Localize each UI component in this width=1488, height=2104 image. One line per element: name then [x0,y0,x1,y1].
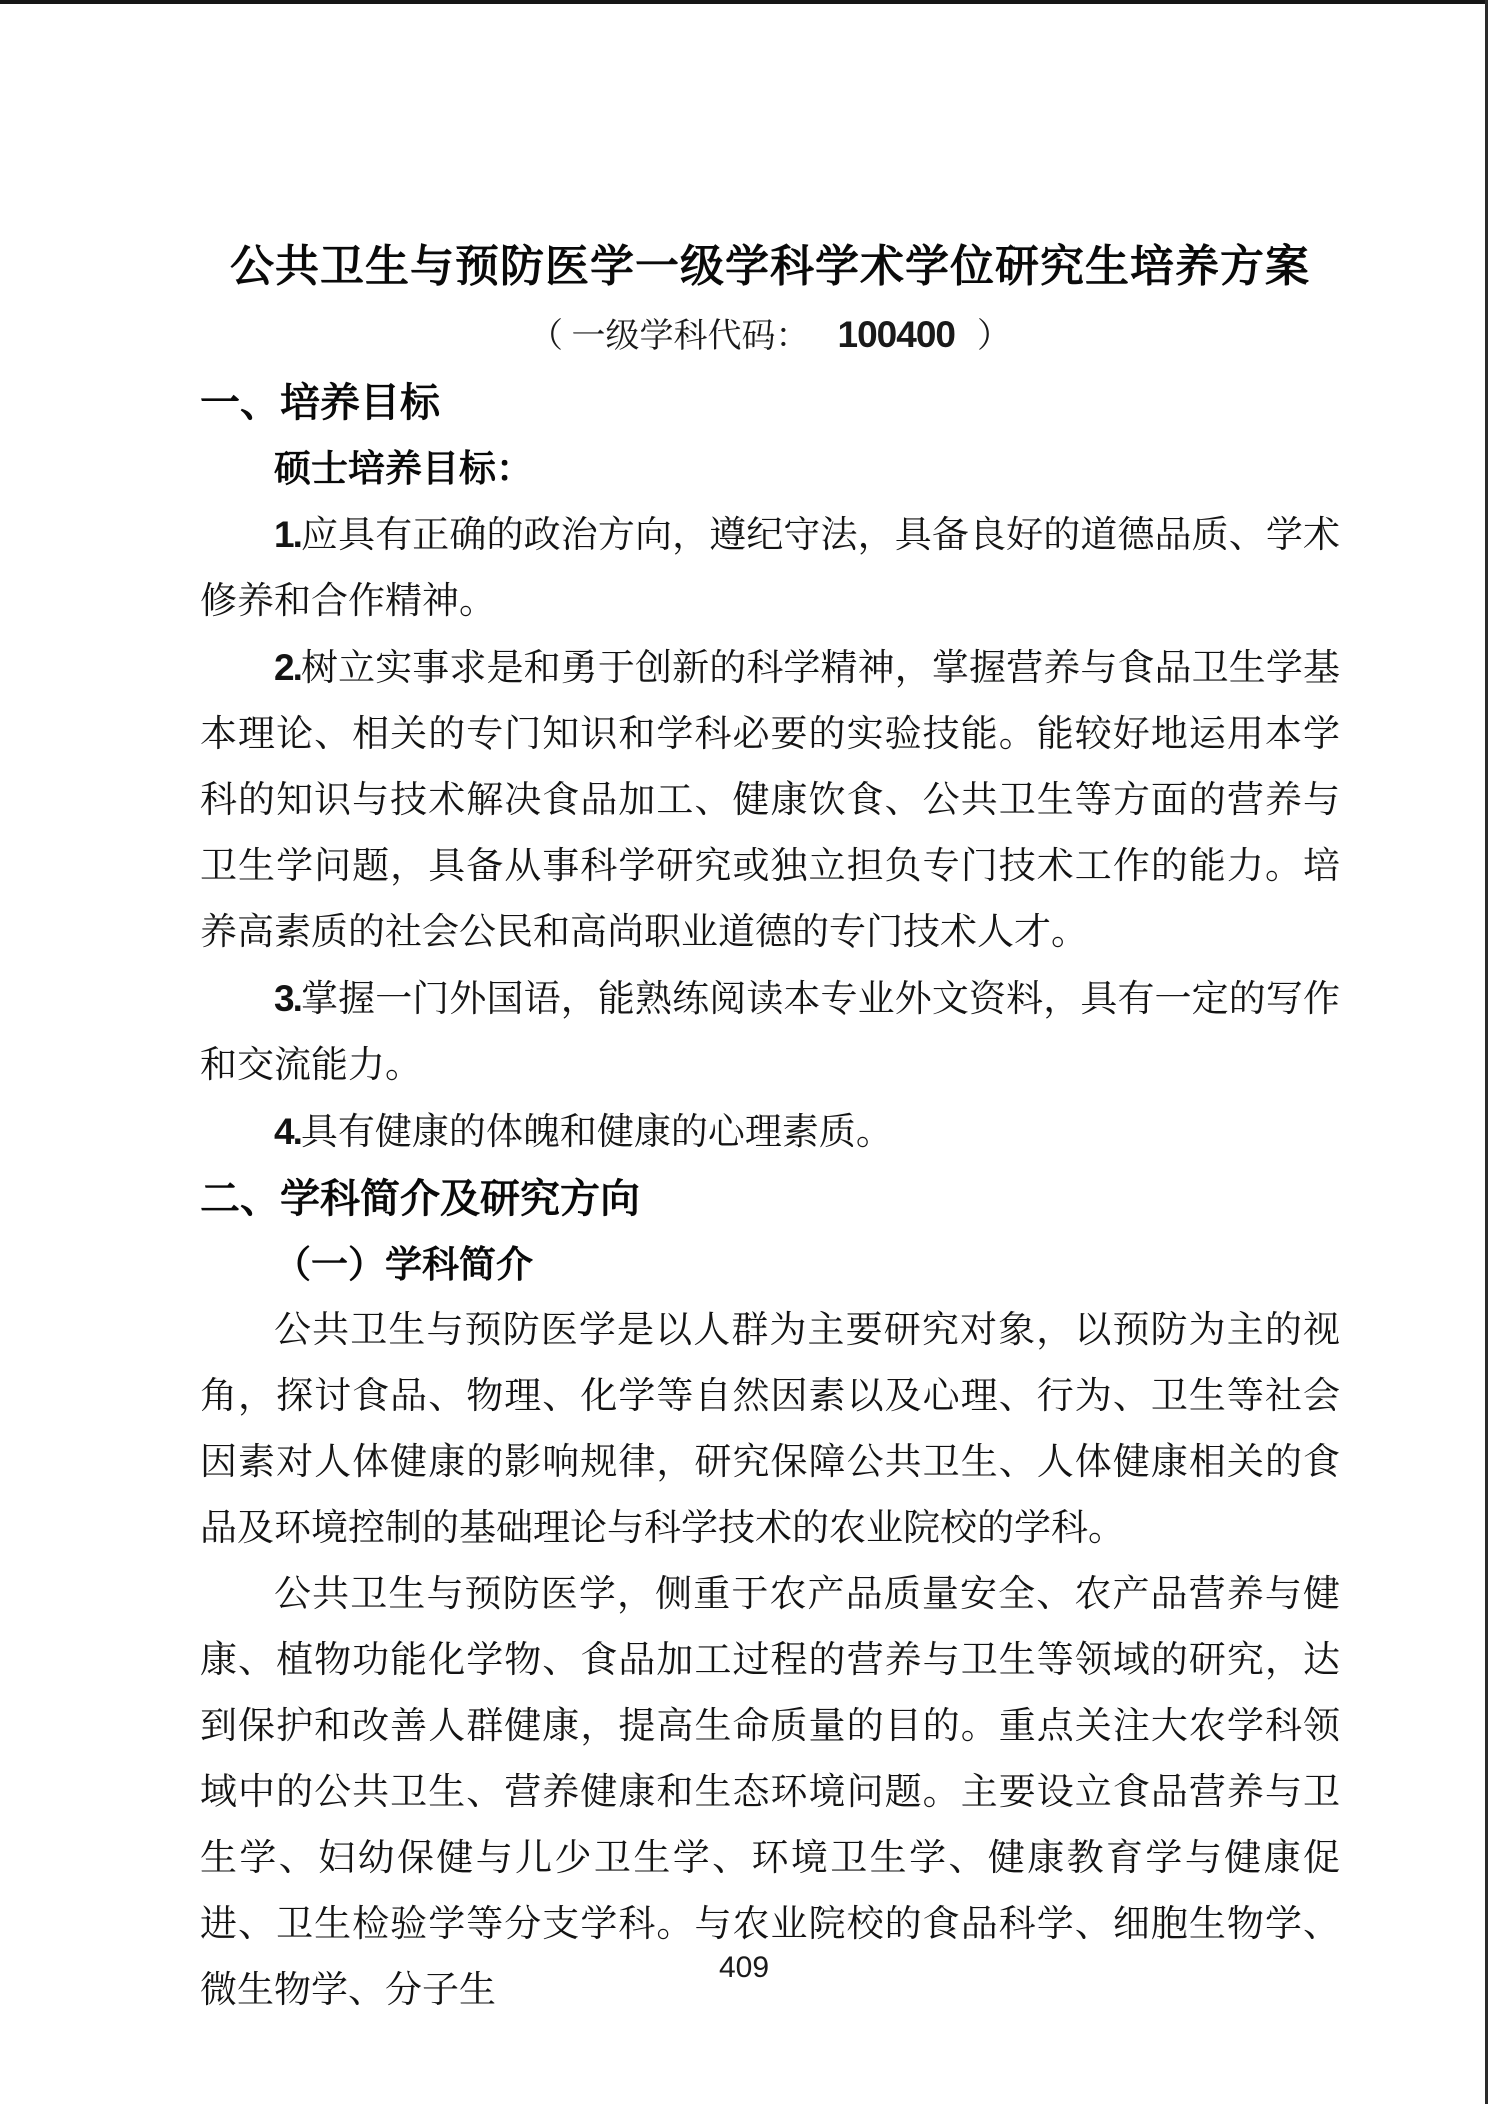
paragraph-text: 树立实事求是和勇于创新的科学精神，掌握营养与食品卫生学基本理论、相关的专门知识和… [200,648,1340,953]
paragraph-number: 3. [274,978,301,1019]
paragraph-objective-2: 2.树立实事求是和勇于创新的科学精神，掌握营养与食品卫生学基本理论、相关的专门知… [200,635,1340,966]
document-title: 公共卫生与预防医学一级学科学术学位研究生培养方案 [200,232,1340,302]
paragraph-number: 1. [274,514,301,555]
paragraph-text: 掌握一门外国语，能熟练阅读本专业外文资料，具有一定的写作和交流能力。 [200,979,1340,1086]
discipline-code: 100400 [838,314,955,355]
paragraph-text: 具有健康的体魄和健康的心理素质。 [301,1112,893,1153]
paragraph-number: 2. [274,647,301,688]
subheading-discipline-brief: （一）学科简介 [200,1232,1340,1298]
page-number: 409 [0,1948,1488,1988]
document-page: 公共卫生与预防医学一级学科学术学位研究生培养方案 （ 一级学科代码：100400… [0,0,1488,2104]
paragraph-objective-4: 4.具有健康的体魄和健康的心理素质。 [200,1099,1340,1166]
section-heading-discipline-intro: 二、学科简介及研究方向 [200,1166,1340,1232]
paragraph-objective-3: 3.掌握一门外国语，能熟练阅读本专业外文资料，具有一定的写作和交流能力。 [200,966,1340,1099]
document-content: 公共卫生与预防医学一级学科学术学位研究生培养方案 （ 一级学科代码：100400… [200,232,1340,2024]
paragraph-discipline-1: 公共卫生与预防医学是以人群为主要研究对象，以预防为主的视角，探讨食品、物理、化学… [200,1298,1340,1562]
paragraph-text: 公共卫生与预防医学是以人群为主要研究对象，以预防为主的视角，探讨食品、物理、化学… [200,1310,1340,1549]
paragraph-number: 4. [274,1111,301,1152]
paragraph-text: 公共卫生与预防医学，侧重于农产品质量安全、农产品营养与健康、植物功能化学物、食品… [200,1574,1340,2011]
scan-edge-top [0,0,1488,4]
subheading-master-objectives: 硕士培养目标： [200,436,1340,502]
subtitle-label: （ 一级学科代码： [529,318,810,355]
subtitle-close-paren: ） [977,318,1011,355]
document-subtitle: （ 一级学科代码：100400） [200,302,1340,370]
section-heading-training-objectives: 一、培养目标 [200,370,1340,436]
paragraph-text: 应具有正确的政治方向，遵纪守法，具备良好的道德品质、学术修养和合作精神。 [200,515,1340,622]
paragraph-objective-1: 1.应具有正确的政治方向，遵纪守法，具备良好的道德品质、学术修养和合作精神。 [200,502,1340,635]
